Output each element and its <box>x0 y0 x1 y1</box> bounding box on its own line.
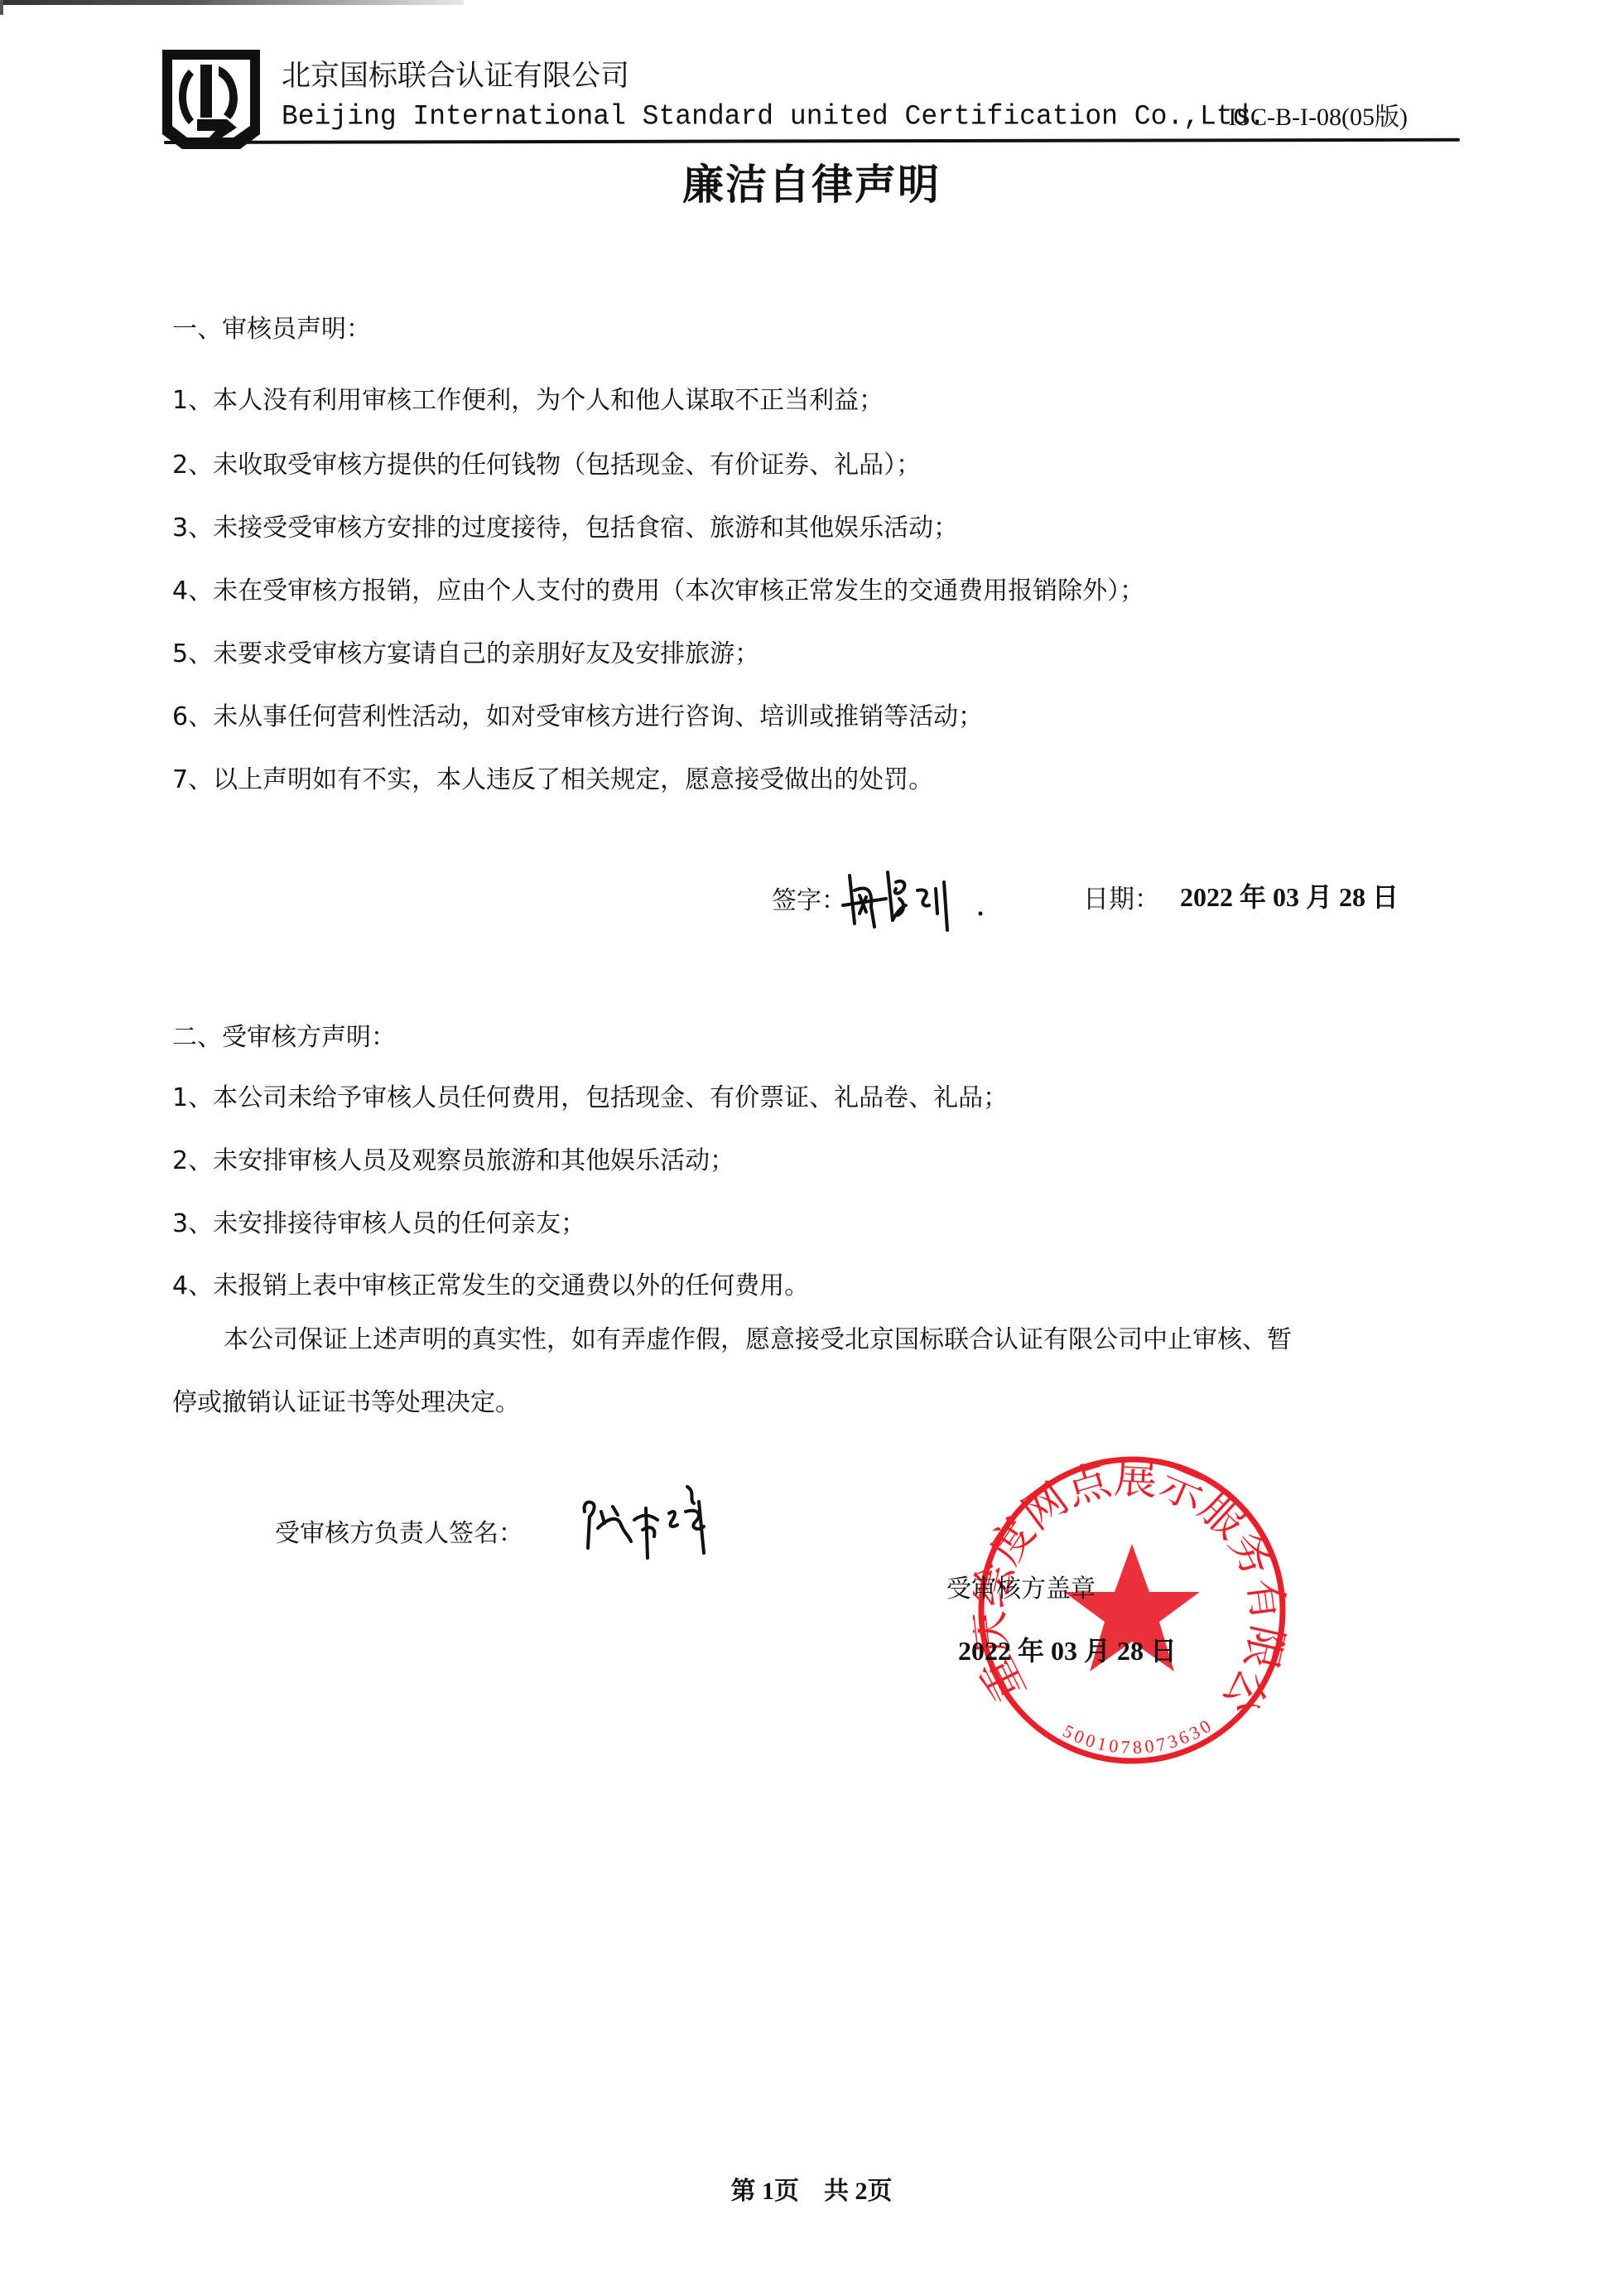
auditor-date-label: 日期： <box>1083 878 1160 915</box>
auditee-item: 4、未报销上表中审核正常发生的交通费以外的任何费用。 <box>172 1265 809 1301</box>
auditee-item: 3、未安排接待审核人员的任何亲友； <box>172 1203 585 1239</box>
responsible-signature-label: 受审核方负责人签名： <box>275 1512 523 1549</box>
page-title: 廉洁自律声明 <box>0 152 1623 211</box>
auditor-item: 1、本人没有利用审核工作便利，为个人和他人谋取不正当利益； <box>172 379 884 416</box>
auditor-signature <box>838 866 987 932</box>
auditor-item: 3、未接受受审核方安排的过度接待，包括食宿、旅游和其他娱乐活动； <box>172 507 958 543</box>
scan-edge-artifact <box>0 0 464 5</box>
auditor-item: 4、未在受审核方报销，应由个人支付的费用（本次审核正常发生的交通费用报销除外）； <box>172 570 1144 606</box>
auditor-signature-label: 签字： <box>772 880 846 916</box>
auditor-item: 6、未从事任何营利性活动，如对受审核方进行咨询、培训或推销等活动； <box>172 696 983 732</box>
auditee-section-heading: 二、受审核方声明： <box>172 1016 396 1053</box>
auditee-item: 2、未安排审核人员及观察员旅游和其他娱乐活动； <box>172 1140 734 1176</box>
auditor-item: 5、未要求受审核方宴请自己的亲朋好友及安排旅游； <box>172 633 759 669</box>
responsible-signature <box>580 1478 754 1561</box>
guarantee-paragraph-line2: 停或撤销认证证书等处理决定。 <box>172 1382 520 1418</box>
guarantee-paragraph-line1: 本公司保证上述声明的真实性，如有弄虚作假，愿意接受北京国标联合认证有限公司中止审… <box>224 1319 1292 1355</box>
page-number: 第 1页 共 2页 <box>0 2170 1623 2207</box>
auditor-date-value: 2022 年 03 月 28 日 <box>1180 876 1399 914</box>
auditor-item: 7、以上声明如有不实，本人违反了相关规定，愿意接受做出的处罚。 <box>172 759 933 795</box>
company-logo-icon <box>157 45 267 149</box>
company-name-cn: 北京国标联合认证有限公司 <box>282 53 629 94</box>
seal-date: 2022 年 03 月 28 日 <box>958 1630 1177 1668</box>
seal-label: 受审核方盖章 <box>946 1568 1096 1604</box>
company-name-en: Beijing International Standard united Ce… <box>282 100 1265 133</box>
auditor-item: 2、未收取受审核方提供的任何钱物（包括现金、有价证券、礼品）； <box>172 444 921 480</box>
document-code: ISC-B-I-08(05版) <box>1228 96 1408 133</box>
company-seal-stamp: 重庆绘度网点展示服务有限公司 5001078073630 <box>973 1451 1292 1770</box>
letterhead: 北京国标联合认证有限公司 Beijing International Stand… <box>157 45 1457 152</box>
scan-edge-artifact-left <box>0 0 3 15</box>
auditee-item: 1、本公司未给予审核人员任何费用，包括现金、有价票证、礼品卷、礼品； <box>172 1077 1008 1113</box>
auditor-section-heading: 一、审核员声明： <box>172 308 371 345</box>
